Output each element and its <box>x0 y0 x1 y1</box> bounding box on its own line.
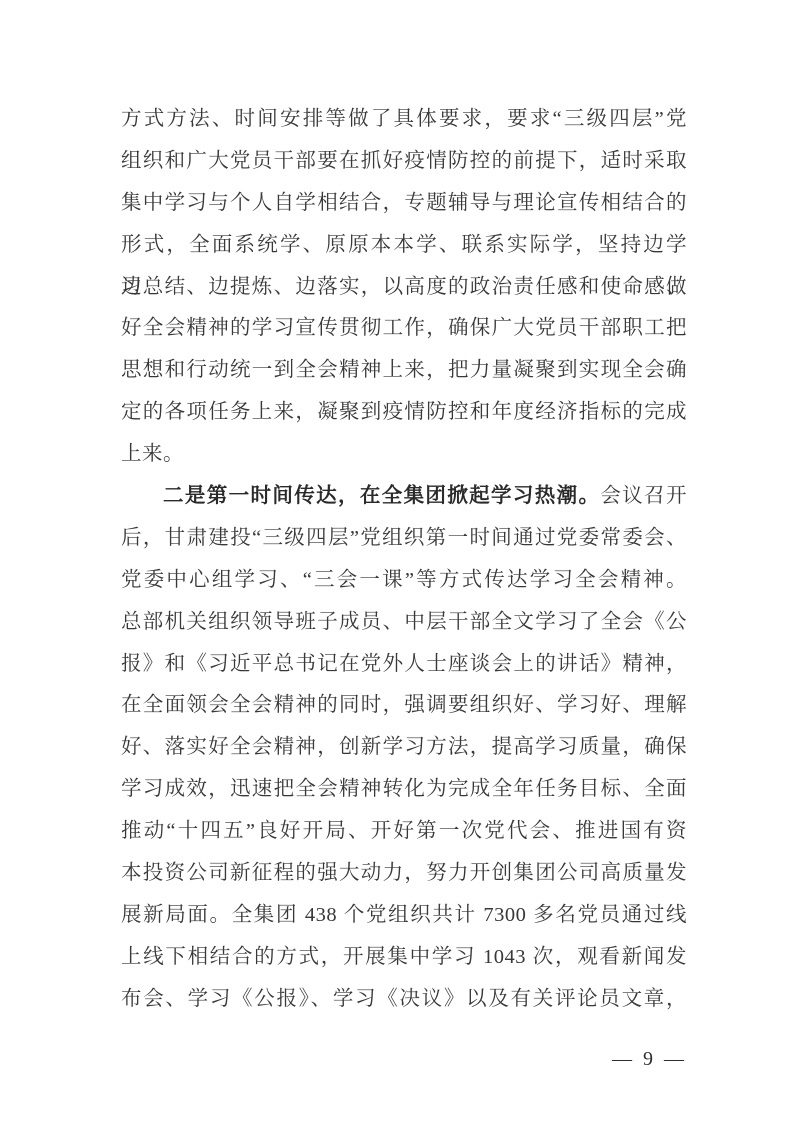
body-text: 方式方法、时间安排等做了具体要求，要求“三级四层”党 组织和广大党员干部要在抓好… <box>121 99 687 1021</box>
paragraph2-line: 党委中心组学习、“三会一课”等方式传达学习全会精神。 <box>121 560 687 602</box>
page-number: — 9 — <box>612 1047 687 1071</box>
paragraph1-line: 思想和行动统一到全会精神上来，把力量凝聚到实现全会确 <box>121 350 687 392</box>
paragraph2-line: 展新局面。全集团 438 个党组织共计 7300 多名党员通过线 <box>121 895 687 937</box>
paragraph2-line: 本投资公司新征程的强大动力，努力开创集团公司高质量发 <box>121 853 687 895</box>
paragraph2-first-line-text: 会议召开 <box>600 485 687 507</box>
paragraph1-line: 好全会精神的学习宣传贯彻工作，确保广大党员干部职工把 <box>121 308 687 350</box>
paragraph2-line: 推动“十四五”良好开局、开好第一次党代会、推进国有资 <box>121 811 687 853</box>
paragraph1-line: 边总结、边提炼、边落实，以高度的政治责任感和使命感做 <box>121 267 687 309</box>
paragraph2-line: 后，甘肃建投“三级四层”党组织第一时间通过党委常委会、 <box>121 518 687 560</box>
paragraph2-line: 总部机关组织领导班子成员、中层干部全文学习了全会《公 <box>121 602 687 644</box>
paragraph2-line: 在全面领会全会精神的同时，强调要组织好、学习好、理解 <box>121 685 687 727</box>
paragraph1-line: 集中学习与个人自学相结合，专题辅导与理论宣传相结合的 <box>121 183 687 225</box>
paragraph2-first-line: 二是第一时间传达，在全集团掀起学习热潮。会议召开 <box>121 476 687 518</box>
paragraph2-line: 上线下相结合的方式，开展集中学习 1043 次，观看新闻发 <box>121 937 687 979</box>
paragraph2-line: 好、落实好全会精神，创新学习方法，提高学习质量，确保 <box>121 727 687 769</box>
document-page: 方式方法、时间安排等做了具体要求，要求“三级四层”党 组织和广大党员干部要在抓好… <box>0 0 800 1131</box>
paragraph2-line: 报》和《习近平总书记在党外人士座谈会上的讲话》精神， <box>121 644 687 686</box>
paragraph1-line: 组织和广大党员干部要在抓好疫情防控的前提下，适时采取 <box>121 141 687 183</box>
paragraph1-line: 方式方法、时间安排等做了具体要求，要求“三级四层”党 <box>121 99 687 141</box>
paragraph2-line: 学习成效，迅速把全会精神转化为完成全年任务目标、全面 <box>121 769 687 811</box>
paragraph1-last-line: 上来。 <box>121 434 687 476</box>
paragraph1-line: 定的各项任务上来，凝聚到疫情防控和年度经济指标的完成 <box>121 392 687 434</box>
paragraph2-line: 布会、学习《公报》、学习《决议》以及有关评论员文章， <box>121 979 687 1021</box>
paragraph2-bold-heading: 二是第一时间传达，在全集团掀起学习热潮。 <box>163 485 600 507</box>
paragraph1-line: 形式，全面系统学、原原本本学、联系实际学，坚持边学习、 <box>121 225 687 267</box>
